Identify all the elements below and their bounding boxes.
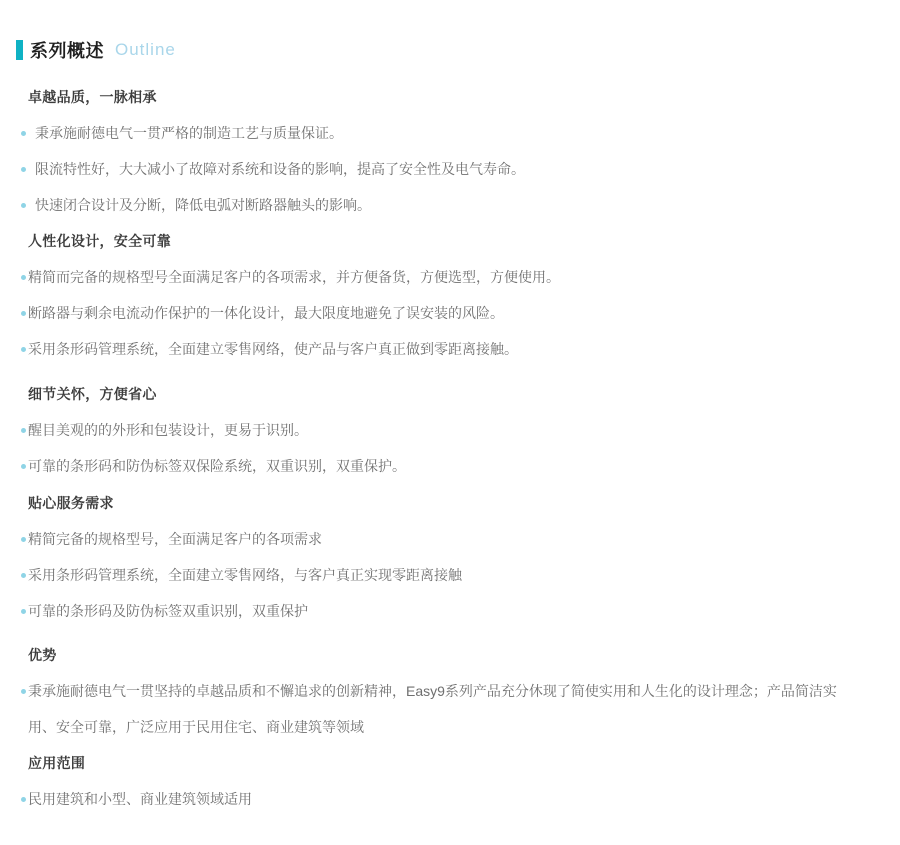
bullet-text: 采用条形码管理系统，全面建立零售网络，与客户真正实现零距离接触 [28, 567, 462, 583]
section-heading: 细节关怀，方便省心 [0, 376, 900, 412]
bullet-dot-icon [21, 428, 26, 433]
list-item: 精简而完备的规格型号全面满足客户的各项需求，并方便备货，方便选型，方便使用。 [0, 259, 900, 295]
list-item: 断路器与剩余电流动作保护的一体化设计，最大限度地避免了误安装的风险。 [0, 295, 900, 331]
section-heading: 贴心服务需求 [0, 485, 900, 521]
bullet-text: 快速闭合设计及分断，降低电弧对断路器触头的影响。 [35, 197, 371, 213]
list-item: 采用条形码管理系统，全面建立零售网络，使产品与客户真正做到零距离接触。 [0, 331, 900, 367]
section-humanized-design: 人性化设计，安全可靠 精简而完备的规格型号全面满足客户的各项需求，并方便备货，方… [0, 223, 900, 367]
bullet-text: 精简而完备的规格型号全面满足客户的各项需求，并方便备货，方便选型，方便使用。 [28, 269, 560, 285]
bullet-text: 醒目美观的的外形和包装设计，更易于识别。 [28, 422, 308, 438]
list-item: 采用条形码管理系统，全面建立零售网络，与客户真正实现零距离接触 [0, 557, 900, 593]
list-item: 精简完备的规格型号，全面满足客户的各项需求 [0, 521, 900, 557]
bullet-dot-icon [21, 537, 26, 542]
bullet-dot-icon [21, 609, 26, 614]
bullet-dot-icon [21, 689, 26, 694]
section-application-scope: 应用范围 民用建筑和小型、商业建筑领域适用 [0, 745, 900, 817]
bullet-dot-icon [21, 203, 26, 208]
section-advantages: 优势 秉承施耐德电气一贯坚持的卓越品质和不懈追求的创新精神，Easy9系列产品充… [0, 637, 900, 745]
bullet-text: 秉承施耐德电气一贯坚持的卓越品质和不懈追求的创新精神，Easy9系列产品充分休现… [28, 683, 837, 735]
bullet-dot-icon [21, 131, 26, 136]
bullet-list: 精简完备的规格型号，全面满足客户的各项需求 采用条形码管理系统，全面建立零售网络… [0, 521, 900, 629]
accent-bar [16, 40, 23, 60]
list-item: 秉承施耐德电气一贯严格的制造工艺与质量保证。 [0, 115, 900, 151]
section-quality: 卓越品质，一脉相承 秉承施耐德电气一贯严格的制造工艺与质量保证。 限流特性好，大… [0, 79, 900, 223]
section-heading: 应用范围 [0, 745, 900, 781]
bullet-text: 可靠的条形码和防伪标签双保险系统，双重识别，双重保护。 [28, 458, 406, 474]
section-heading: 卓越品质，一脉相承 [0, 79, 900, 115]
page-title-en: Outline [115, 40, 176, 60]
bullet-text: 采用条形码管理系统，全面建立零售网络，使产品与客户真正做到零距离接触。 [28, 341, 518, 357]
bullet-text: 可靠的条形码及防伪标签双重识别，双重保护 [28, 603, 308, 619]
outline-content: 卓越品质，一脉相承 秉承施耐德电气一贯严格的制造工艺与质量保证。 限流特性好，大… [0, 79, 900, 817]
list-item: 可靠的条形码和防伪标签双保险系统，双重识别，双重保护。 [0, 448, 900, 484]
bullet-dot-icon [21, 797, 26, 802]
bullet-text: 限流特性好，大大减小了故障对系统和设备的影响，提高了安全性及电气寿命。 [35, 161, 525, 177]
section-heading: 优势 [0, 637, 900, 673]
bullet-list: 醒目美观的的外形和包装设计，更易于识别。 可靠的条形码和防伪标签双保险系统，双重… [0, 412, 900, 484]
list-item: 醒目美观的的外形和包装设计，更易于识别。 [0, 412, 900, 448]
bullet-list: 秉承施耐德电气一贯坚持的卓越品质和不懈追求的创新精神，Easy9系列产品充分休现… [0, 673, 900, 745]
list-item: 可靠的条形码及防伪标签双重识别，双重保护 [0, 593, 900, 629]
bullet-dot-icon [21, 311, 26, 316]
page-title-cn: 系列概述 [30, 37, 104, 63]
bullet-list: 精简而完备的规格型号全面满足客户的各项需求，并方便备货，方便选型，方便使用。 断… [0, 259, 900, 367]
bullet-text: 断路器与剩余电流动作保护的一体化设计，最大限度地避免了误安装的风险。 [28, 305, 504, 321]
list-item: 秉承施耐德电气一贯坚持的卓越品质和不懈追求的创新精神，Easy9系列产品充分休现… [0, 673, 900, 745]
bullet-dot-icon [21, 464, 26, 469]
bullet-list: 民用建筑和小型、商业建筑领域适用 [0, 781, 900, 817]
bullet-text: 民用建筑和小型、商业建筑领域适用 [28, 791, 252, 807]
list-item: 快速闭合设计及分断，降低电弧对断路器触头的影响。 [0, 187, 900, 223]
section-heading: 人性化设计，安全可靠 [0, 223, 900, 259]
bullet-list: 秉承施耐德电气一贯严格的制造工艺与质量保证。 限流特性好，大大减小了故障对系统和… [0, 115, 900, 223]
section-title-header: 系列概述 Outline [0, 40, 900, 60]
list-item: 民用建筑和小型、商业建筑领域适用 [0, 781, 900, 817]
bullet-dot-icon [21, 347, 26, 352]
bullet-text: 秉承施耐德电气一贯严格的制造工艺与质量保证。 [35, 125, 343, 141]
bullet-dot-icon [21, 573, 26, 578]
bullet-dot-icon [21, 167, 26, 172]
bullet-text: 精简完备的规格型号，全面满足客户的各项需求 [28, 531, 322, 547]
bullet-dot-icon [21, 275, 26, 280]
list-item: 限流特性好，大大减小了故障对系统和设备的影响，提高了安全性及电气寿命。 [0, 151, 900, 187]
section-detail-care: 细节关怀，方便省心 醒目美观的的外形和包装设计，更易于识别。 可靠的条形码和防伪… [0, 376, 900, 484]
section-service-needs: 贴心服务需求 精简完备的规格型号，全面满足客户的各项需求 采用条形码管理系统，全… [0, 485, 900, 629]
